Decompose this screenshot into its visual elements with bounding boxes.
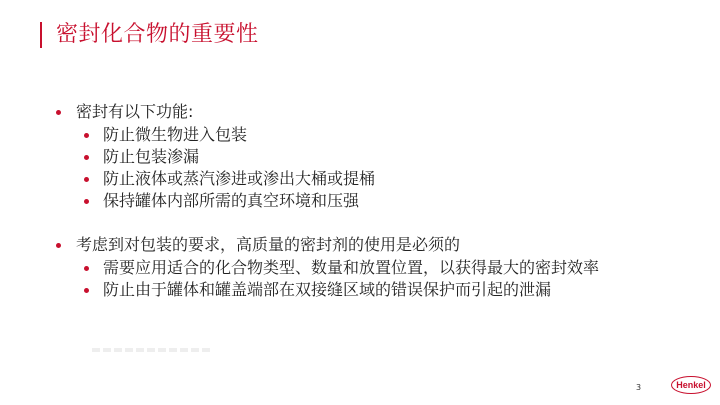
list-item: 保持罐体内部所需的真空环境和压强 [103,191,359,211]
slide-title: 密封化合物的重要性 [56,19,259,51]
bullet-icon [84,133,89,138]
bullet-icon [56,243,61,248]
list-item: 需要应用适合的化合物类型、数量和放置位置，以获得最大的密封效率 [103,258,599,278]
list-item: 防止微生物进入包装 [103,125,247,145]
bullet-icon [56,110,61,115]
henkel-logo: Henkel [671,376,711,394]
bullet-icon [84,266,89,271]
list-item: 考虑到对包装的要求，高质量的密封剂的使用是必须的 [76,235,460,255]
list-item: 防止液体或蒸汽渗进或渗出大桶或提桶 [103,169,375,189]
page-number: 3 [636,383,641,392]
title-accent-bar [40,22,42,48]
bullet-icon [84,288,89,293]
list-item: 防止由于罐体和罐盖端部在双接缝区域的错误保护而引起的泄漏 [103,280,551,300]
bullet-icon [84,155,89,160]
list-item: 防止包装渗漏 [103,147,199,167]
logo-text: Henkel [676,380,706,390]
bullet-icon [84,177,89,182]
bullet-icon [84,199,89,204]
list-item: 密封有以下功能: [76,102,193,122]
faint-artifact [92,348,212,352]
